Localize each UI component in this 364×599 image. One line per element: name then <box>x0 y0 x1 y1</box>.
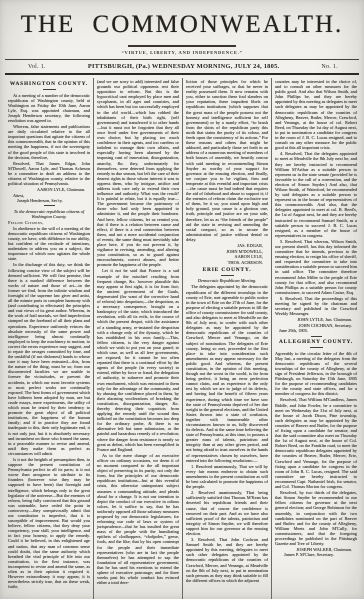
columns-container: WASHINGTON COUNTY.At a meeting of a numb… <box>0 77 364 599</box>
signature: JOHN M'DOWELL, <box>186 249 268 254</box>
article-subheading: To the democratic republican citizens of… <box>8 209 90 219</box>
newspaper-title: THE COMMONWEALTH. <box>0 11 364 38</box>
dateline-rule <box>5 73 359 75</box>
newspaper-page: THE COMMONWEALTH. “VIRTUE, LIBERTY, AND … <box>0 0 364 599</box>
paragraph: 3. Resolved, That John Cochran and Samue… <box>186 537 268 583</box>
paragraph: At a meeting of a number of the democrat… <box>8 93 90 124</box>
section-heading: ALLEGHENY COUNTY. <box>275 339 357 348</box>
signature: AARON LYLE, <box>186 254 268 259</box>
paragraph: 2. Resolved unanimously, That being suff… <box>186 490 268 536</box>
paragraph: As to the mere change of an executive of… <box>97 453 179 585</box>
motto: “VIRTUE, LIBERTY, AND INDEPENDENCE.” <box>0 50 364 55</box>
issue-number: No. 1. <box>321 64 338 70</box>
paragraph: In obedience to the will of a meeting of… <box>8 226 90 262</box>
paragraph: Let it not be said that France is a sad … <box>97 268 179 451</box>
paragraph: liction of those principles for which he… <box>186 79 268 242</box>
signature: AARON LYLE, Chairman. <box>8 187 90 192</box>
paragraph: counties may be interested in the choice… <box>275 79 357 150</box>
paragraph: 6. Resolved, That the proceedings of thi… <box>275 296 357 316</box>
paragraph: 1. Resolved unanimously, That we will by… <box>186 464 268 489</box>
section-heading: WASHINGTON COUNTY. <box>8 81 90 90</box>
paragraph: The delegates appointed by the democrati… <box>186 284 268 462</box>
paragraph: Agreeably to the circular letter of the … <box>275 351 357 397</box>
volume-label: Vol. 1. <box>28 64 46 70</box>
signature: JAS. EDGAR, <box>186 243 268 248</box>
signature: James P. M'Clure, Secretary. <box>275 552 357 557</box>
salutation: Fellow Citizens, <box>8 220 90 225</box>
paragraph: Is it not the heighth of presumption the… <box>8 457 90 589</box>
paragraph: 4. Resolved, That the delegates appointe… <box>275 151 357 238</box>
article-subheading: Democratic Republican Meeting. <box>186 278 268 283</box>
paragraph: (and we are sorry to add) interested and… <box>97 79 179 267</box>
signature: THOS. ACHESON. <box>186 260 268 265</box>
paragraph: Resolved, That William M'Candless, James… <box>275 397 357 489</box>
dateline: PITTSBURGH, (Pa.) WEDNESDAY MORNING, JUL… <box>88 63 280 70</box>
column-4: counties may be interested in the choice… <box>271 78 360 599</box>
column-3: liction of those principles for which he… <box>182 78 271 599</box>
date-line: June 29th, 1805. <box>275 328 357 333</box>
divider-dash <box>44 205 55 206</box>
section-heading: ERIE COUNTY. <box>186 267 268 276</box>
paragraph: 5. Resolved, That whereas, Wilson Smith,… <box>275 239 357 295</box>
paragraph: Resolved, by two thirds of the delegates… <box>275 490 357 546</box>
dateline-row: Vol. 1. PITTSBURGH, (Pa.) WEDNESDAY MORN… <box>0 60 364 73</box>
divider-dash <box>311 336 322 337</box>
motto-rule <box>128 45 236 47</box>
column-2: (and we are sorry to add) interested and… <box>93 78 182 599</box>
masthead: THE COMMONWEALTH. “VIRTUE, LIBERTY, AND … <box>0 0 364 55</box>
paragraph: Resolved, That James Edgar, John M'Dowel… <box>8 161 90 186</box>
signature: JOHN LYTLE, Jun. Chairman. <box>275 317 357 322</box>
paragraph: Whereas, false statements and publicatio… <box>8 124 90 160</box>
column-1: WASHINGTON COUNTY.At a meeting of a numb… <box>5 78 93 599</box>
signature: Joseph Henderson, Sec'ry. <box>8 198 90 203</box>
paragraph: In the discharge of this duty, we think … <box>8 262 90 456</box>
